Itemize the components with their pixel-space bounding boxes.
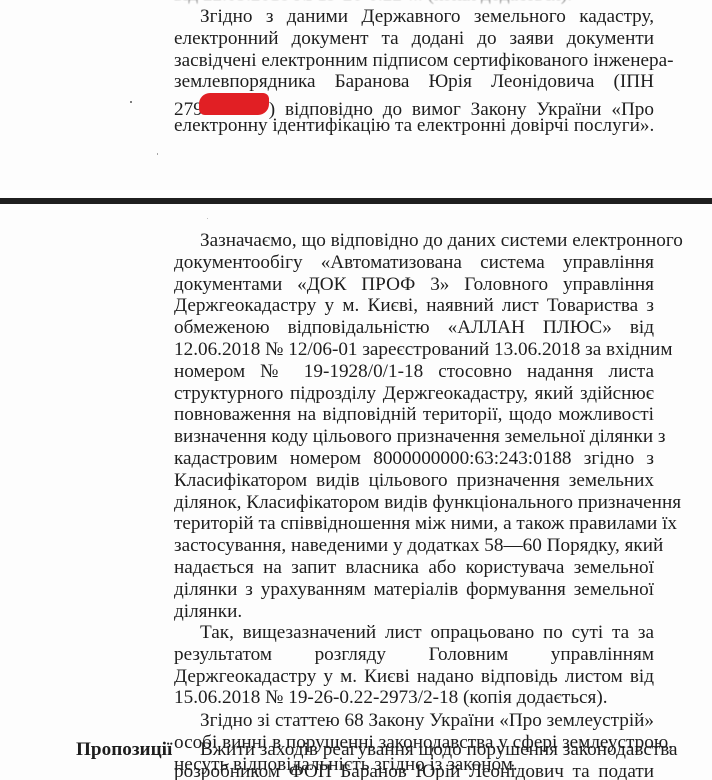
text-line: Згідно зі статтею 68 Закону України «Про…	[174, 710, 654, 732]
partial-line-text: від 22.05.2018 № 19-26-0.22-... (копія д…	[174, 0, 654, 6]
text-line: ділянки.	[174, 601, 654, 623]
section-label-proposals: Пропозиції	[76, 739, 172, 761]
text-line: структурного підрозділу Держгеокадастру,…	[174, 383, 654, 405]
text-line: документами «ДОК ПРОФ 3» Головного управ…	[174, 274, 654, 296]
text-line: 15.06.2018 № 19-26-0.22-2973/2-18 (копія…	[174, 687, 654, 709]
text-line: Держгеокадастру у м. Києві надано відпов…	[174, 666, 654, 688]
text-line: Зазначаємо, що відповідно до даних систе…	[174, 230, 654, 252]
text-line: територій та співвідношення між ними, а …	[174, 513, 654, 535]
text-line: номером № 19-1928/0/1-18 стосовно наданн…	[174, 361, 654, 383]
text-line: 12.06.2018 № 12/06-01 зареєстрований 13.…	[174, 339, 654, 361]
text-line: Згідно з даними Державного земельного ка…	[174, 6, 654, 28]
text-line: визначення коду цільового призначення зе…	[174, 426, 654, 448]
text-line: ділянок, Класифікатором видів функціонал…	[174, 492, 654, 514]
text-line: документообігу «Автоматизована система у…	[174, 252, 654, 274]
text-line: кадастровим номером 8000000000:63:243:01…	[174, 448, 654, 470]
bottom-page-fragment: Зазначаємо, що відповідно до даних систе…	[0, 204, 712, 780]
top-paragraph: Згідно з даними Державного земельного ка…	[174, 6, 654, 137]
text-line: засвідчені електронним підписом сертифік…	[174, 50, 654, 72]
partial-cut-line: від 22.05.2018 № 19-26-0.22-... (копія д…	[174, 0, 654, 6]
text-line: Вжити заходів реагування щодо порушення …	[174, 739, 654, 761]
text-line: результатом розгляду Головним управління…	[174, 644, 654, 666]
paragraph-1: Зазначаємо, що відповідно до даних систе…	[174, 230, 654, 622]
text-line: надається на запит власника або користув…	[174, 557, 654, 579]
scan-speck	[130, 101, 132, 103]
text-line-with-redaction: 279 ) відповідно до вимог Закону України…	[174, 93, 654, 115]
text-line: електронну ідентифікацію та електронні д…	[174, 115, 654, 137]
text-line: розробником ФОП Баранов Юрій Леонідович …	[174, 761, 654, 780]
paragraph-2: Так, вищезазначений лист опрацьовано по …	[174, 622, 654, 709]
top-page-fragment: від 22.05.2018 № 19-26-0.22-... (копія д…	[0, 0, 712, 198]
text-line: повноваження на відповідній території, щ…	[174, 404, 654, 426]
text-line: застосування, наведеними у додатках 58—6…	[174, 535, 654, 557]
text-line: землевпорядника Баранова Юрія Леонідович…	[174, 71, 654, 93]
redaction-mark	[199, 93, 269, 115]
scan-speck	[157, 153, 158, 155]
text-line: ділянки з урахуванням матеріалів формува…	[174, 579, 654, 601]
text-line: обмеженою відповідальністю «АЛЛАН ПЛЮС» …	[174, 317, 654, 339]
paragraph-4: Вжити заходів реагування щодо порушення …	[174, 739, 654, 780]
text-line: Класифікатором видів цільового призначен…	[174, 470, 654, 492]
scan-speck	[207, 218, 208, 219]
text-line: Держгеокадастру у м. Києві, наявний лист…	[174, 295, 654, 317]
text-line: електронний документ та додані до заяви …	[174, 28, 654, 50]
text-line: Так, вищезазначений лист опрацьовано по …	[174, 622, 654, 644]
